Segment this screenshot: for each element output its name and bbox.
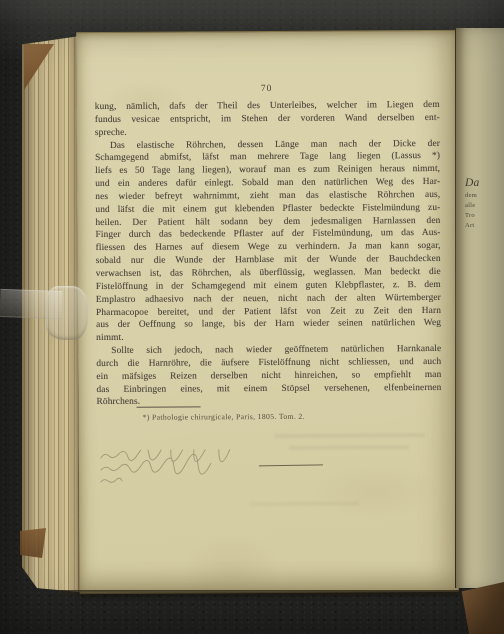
- page-number: 70: [95, 83, 439, 95]
- book-page: 70 kung, nämlich, dafs der Theil des Unt…: [76, 30, 458, 594]
- cover-fore-edge-bottom-right: [458, 582, 504, 634]
- page-edge-stack: [22, 36, 80, 592]
- show-through-ghost: [249, 501, 359, 506]
- facing-page-fragment: Art: [465, 221, 479, 231]
- book-photo-scene: 70 kung, nämlich, dafs der Theil des Unt…: [0, 0, 504, 634]
- page-bottom-shadow: [60, 590, 460, 598]
- facing-page-sliver: DademalleTroArt: [456, 28, 504, 588]
- cover-corner-bottom-left: [20, 528, 46, 558]
- facing-page-fragment: dem: [465, 191, 479, 201]
- handwritten-annotation: [97, 449, 287, 492]
- facing-page-fragment: Tro: [465, 211, 479, 221]
- footnote: *) Pathologie chirurgicale, Paris, 1805.…: [143, 411, 403, 422]
- facing-page-fragment: alle: [465, 201, 479, 211]
- facing-page-text-fragments: DademalleTroArt: [465, 176, 479, 231]
- text-line: fundus vesicae entspricht, im Stehen der…: [95, 112, 440, 127]
- show-through-ghost: [275, 433, 425, 438]
- facing-page-fragment: Da: [465, 176, 479, 191]
- text-line: das Einbringen eines, mit einem Stöpsel …: [96, 382, 441, 397]
- show-through-ghost: [289, 445, 409, 450]
- text-line: aus der Oeffnung so lange, bis der Harn …: [96, 317, 441, 332]
- body-text: kung, nämlich, dafs der Theil des Unterl…: [95, 99, 442, 409]
- marginal-ink-line: [259, 464, 323, 466]
